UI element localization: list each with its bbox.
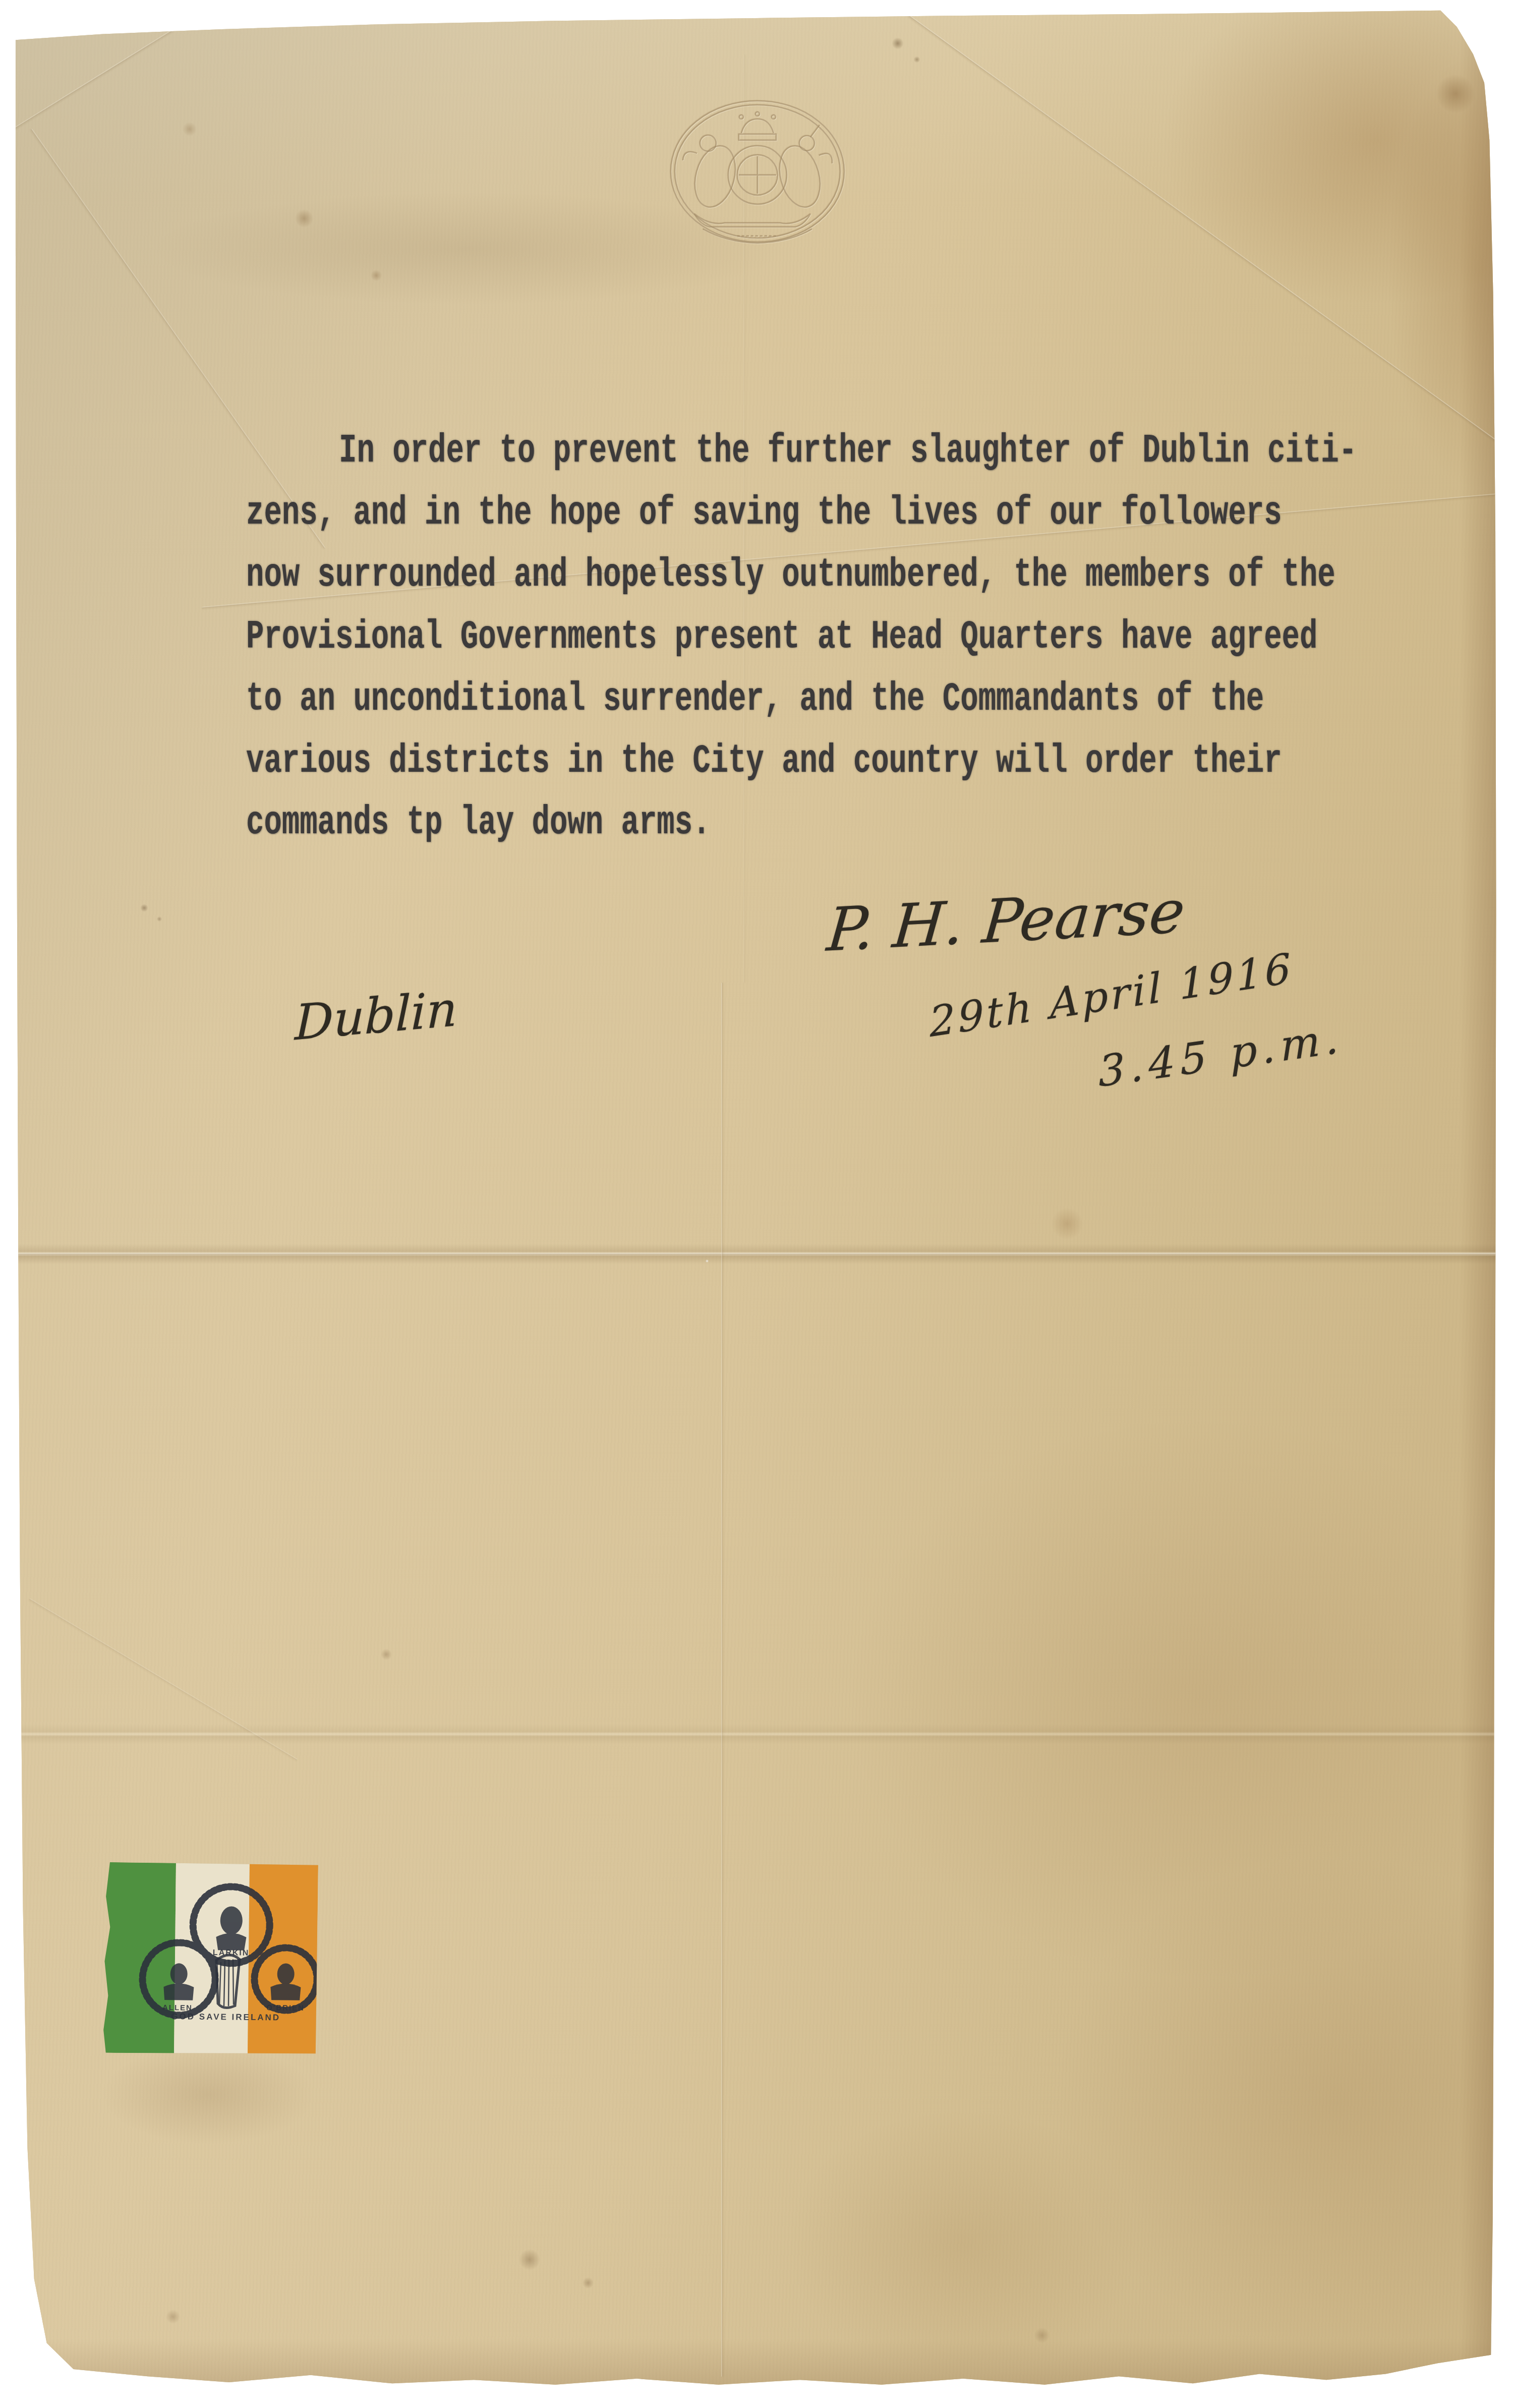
horizontal-fold-lower — [14, 1724, 1497, 1744]
portrait-obrien — [270, 1963, 301, 2000]
shamrock-memorial-design: LARKIN ALLEN O'BRIEN GOD SAVE IRELAND — [102, 1862, 318, 2055]
document-paper: In order to prevent the further slaughte… — [14, 9, 1497, 2386]
label-larkin: LARKIN — [213, 1948, 250, 1958]
portrait-allen — [163, 1963, 194, 2000]
garter-shield — [728, 146, 787, 204]
lion-supporter-icon — [683, 135, 742, 212]
horizontal-fold-main-line — [14, 1253, 1497, 1254]
typed-line: In order to prevent the further slaughte… — [246, 420, 1386, 482]
typed-line: zens, and in the hope of saving the live… — [246, 482, 1386, 544]
typed-line: commands tp lay down arms. — [246, 792, 1386, 854]
signature-handwritten: P. H. Pearse — [824, 876, 1188, 965]
tricolor-flag-stamp: LARKIN ALLEN O'BRIEN GOD SAVE IRELAND — [102, 1862, 318, 2055]
typed-line: Provisional Governments present at Head … — [246, 606, 1386, 668]
motto-god-save-ireland: GOD SAVE IRELAND — [171, 2012, 280, 2022]
typed-line: various districts in the City and countr… — [246, 730, 1386, 792]
royal-crest-embossed-seal — [662, 92, 853, 248]
scanned-document-background: In order to prevent the further slaughte… — [0, 0, 1513, 2408]
place-handwritten: Dublin — [295, 981, 458, 1052]
diagonal-crease-topright — [894, 4, 1497, 442]
typed-line: now surrounded and hopelessly outnumbere… — [246, 544, 1386, 606]
corner-fold-crease — [14, 4, 214, 129]
time-handwritten: 3.45 p.m. — [1097, 1012, 1344, 1097]
label-obrien: O'BRIEN — [266, 2003, 305, 2013]
motto-banner — [694, 214, 812, 243]
typed-paragraph: In order to prevent the further slaughte… — [246, 420, 1386, 854]
portrait-larkin — [216, 1906, 247, 1951]
unicorn-supporter-icon — [773, 125, 832, 212]
label-allen: ALLEN — [162, 2003, 193, 2013]
crown-icon — [739, 112, 776, 140]
typed-line: to an unconditional surrender, and the C… — [246, 668, 1386, 730]
vertical-fold-crease — [721, 983, 723, 2377]
